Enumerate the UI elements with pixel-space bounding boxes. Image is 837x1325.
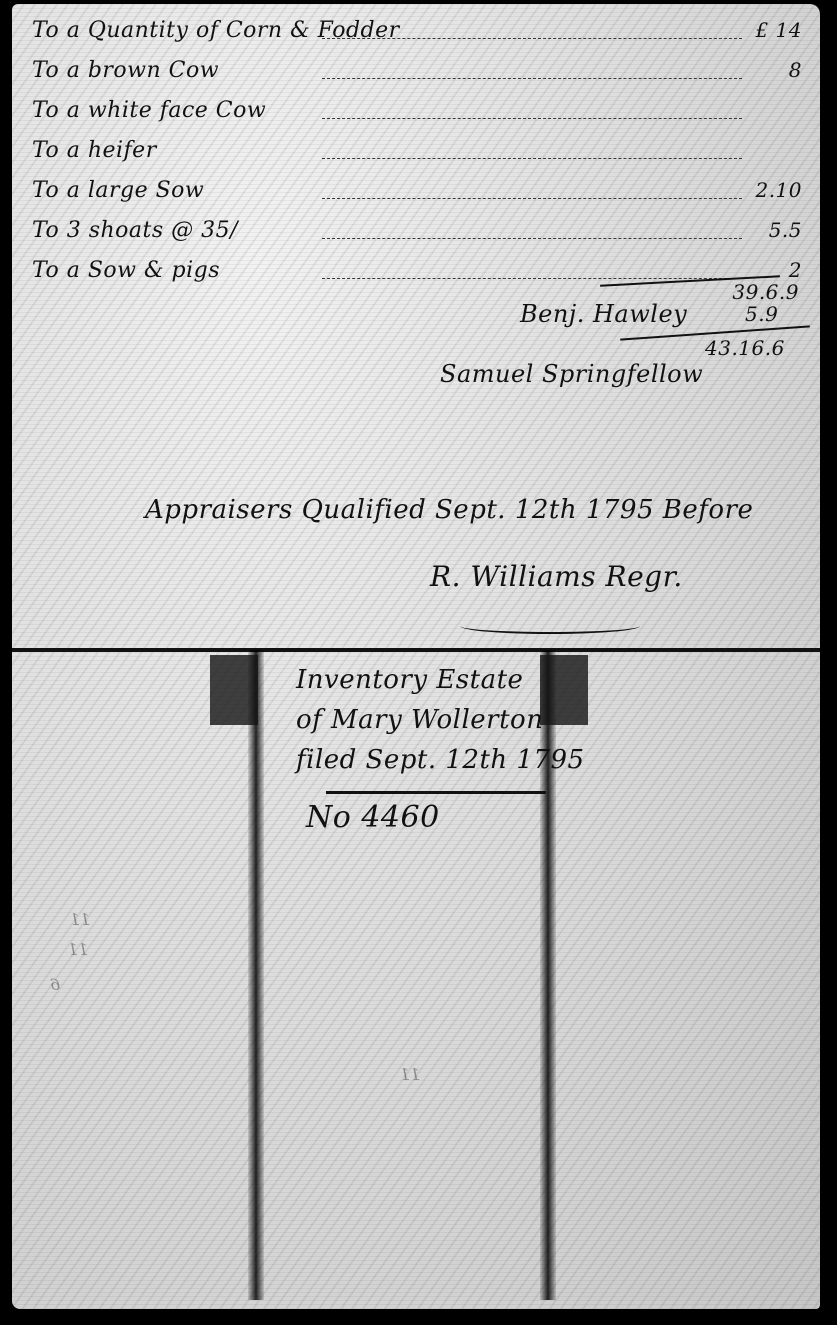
leader-line: [322, 38, 742, 39]
item-amount: 2: [789, 258, 802, 282]
item-description: To a large Sow: [32, 178, 204, 203]
appraiser-signature: Benj. Hawley: [520, 300, 687, 328]
bleed-through-text: 6: [50, 975, 60, 994]
inventory-row: To a heifer: [32, 134, 802, 174]
inventory-row: To 3 shoats @ 35/ 5.5: [32, 214, 802, 254]
docket-number: No 4460: [296, 800, 585, 835]
item-amount: 8: [789, 58, 802, 82]
item-description: To a brown Cow: [32, 58, 219, 83]
item-amount: 5.5: [769, 218, 802, 242]
inventory-row: To a white face Cow: [32, 94, 802, 134]
inventory-row: To a brown Cow 8: [32, 54, 802, 94]
leader-line: [322, 78, 742, 79]
docket-label: Inventory Estate of Mary Wollerton filed…: [296, 665, 585, 835]
registrar-signature: R. Williams Regr.: [430, 560, 683, 593]
grand-total: 43.16.6: [705, 336, 785, 360]
bleed-through-text: 11: [400, 1065, 420, 1084]
qualification-statement: Appraisers Qualified Sept. 12th 1795 Bef…: [145, 495, 753, 525]
item-description: To 3 shoats @ 35/: [32, 218, 238, 243]
item-description: To a Sow & pigs: [32, 258, 220, 283]
item-description: To a heifer: [32, 138, 157, 163]
docket-rule: [326, 791, 546, 794]
item-description: To a white face Cow: [32, 98, 266, 123]
inventory-row: To a Sow & pigs 2: [32, 254, 802, 294]
leader-line: [322, 278, 742, 279]
inventory-total: 39.6.9: [732, 280, 799, 304]
item-amount: 2.10: [755, 178, 802, 202]
appraiser-signature: Samuel Springfellow: [440, 360, 703, 388]
tape-residue: [210, 655, 258, 725]
signature-flourish: [460, 618, 640, 634]
bleed-through-text: 11: [68, 940, 88, 959]
inventory-list: To a Quantity of Corn & Fodder £ 14 To a…: [32, 14, 802, 294]
leader-line: [322, 238, 742, 239]
docket-title: Inventory Estate: [296, 665, 585, 705]
leader-line: [322, 198, 742, 199]
appraiser-amount: 5.9: [745, 302, 778, 326]
horizontal-fold-crease: [12, 648, 820, 652]
inventory-row: To a Quantity of Corn & Fodder £ 14: [32, 14, 802, 54]
item-description: To a Quantity of Corn & Fodder: [32, 18, 400, 43]
docket-name: of Mary Wollerton: [296, 705, 585, 745]
leader-line: [322, 158, 742, 159]
inventory-row: To a large Sow 2.10: [32, 174, 802, 214]
docket-filed-date: filed Sept. 12th 1795: [296, 745, 585, 785]
leader-line: [322, 118, 742, 119]
vertical-fold-crease: [248, 650, 264, 1300]
bleed-through-text: 11: [70, 910, 90, 929]
item-amount: £ 14: [755, 18, 802, 42]
